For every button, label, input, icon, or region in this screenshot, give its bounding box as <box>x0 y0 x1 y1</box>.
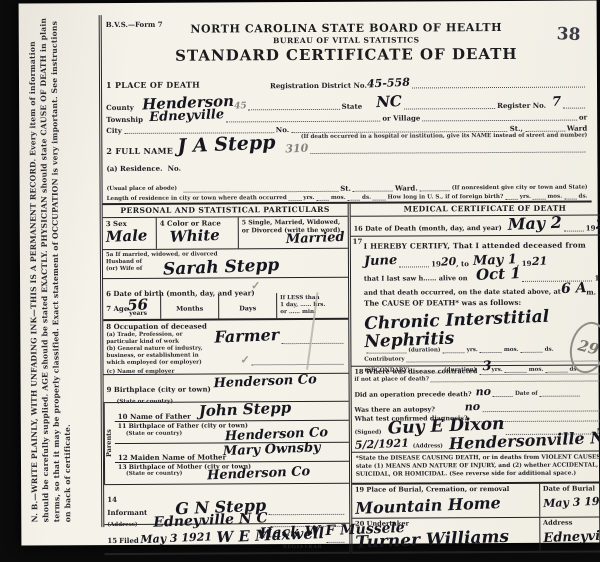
father-value: John Stepp <box>198 399 291 421</box>
occupation-b-check: ✓ <box>240 353 249 366</box>
occupation-a-value: Farmer <box>214 325 280 347</box>
residence-label: (a) Residence. <box>106 164 162 173</box>
city-no-label: No. <box>276 126 289 134</box>
state-value: NC <box>376 92 402 111</box>
village-or-suffix: or <box>579 113 587 121</box>
county-pencil-mark: 45 <box>234 101 247 111</box>
signature-date: 5/2/1921 <box>354 436 408 451</box>
physician-address-label: (Address) <box>413 443 443 450</box>
dob-pencil-check: ✓ <box>251 279 260 292</box>
mos-label: mos. <box>331 195 346 202</box>
informant-number: 14 <box>107 495 117 504</box>
death-time-value: 6 A <box>560 280 586 297</box>
certificate-form: B.V.S.—Form 7 38 NORTH CAROLINA STATE BO… <box>99 13 594 528</box>
yrs-label-2: yrs. <box>520 194 531 201</box>
age-years-label: years <box>129 310 147 317</box>
autopsy-label: Was there an autopsy? <box>355 406 435 414</box>
full-name-value: J A Stepp <box>177 132 276 158</box>
place-of-death-section: 1 PLACE OF DEATH Registration District N… <box>102 76 592 204</box>
dod-year-printed: 19 <box>586 224 596 232</box>
color-race-value: White <box>169 225 235 246</box>
state-label: State <box>342 102 363 110</box>
burial-date-cell: Date of Burial May 3 1921 <box>539 483 600 517</box>
length-of-residence-label: Length of residence in city or town wher… <box>107 195 287 203</box>
occupation-b-label: (b) General nature of industry, business… <box>106 345 216 367</box>
cause-footnote: *State the DISEASE CAUSING DEATH, or in … <box>352 452 600 485</box>
township-value: Edneyville <box>149 107 224 125</box>
mos-label-2: mos. <box>547 194 562 201</box>
certify-label: I HEREBY CERTIFY, That I attended deceas… <box>364 242 600 252</box>
hospital-note: (If death occurred in a hospital or inst… <box>301 133 587 141</box>
operation-value: no <box>475 385 491 399</box>
ds-label-2: ds. <box>579 194 588 201</box>
undertaker-address-label: Address <box>543 520 600 528</box>
register-no-label: Register No. <box>497 101 546 110</box>
certificate-title: STANDARD CERTIFICATE OF DEATH <box>102 45 591 66</box>
nonresident-note: (If nonresident give city or town and St… <box>452 185 588 193</box>
medical-header: MEDICAL CERTIFICATE OF DEATH <box>350 203 600 217</box>
age-label: 7 Age <box>106 304 128 313</box>
duration-ds: ds. <box>545 347 554 354</box>
death-time-m-label: m. <box>586 288 596 296</box>
margin-instruction-note: N. B.—WRITE PLAINLY, WITH UNFADING INK—T… <box>27 17 96 522</box>
father-name-row: 10 Name of Father John Stepp <box>115 402 349 422</box>
duration-mos: mos. <box>504 347 519 354</box>
burial-place-value: Mountain Home <box>355 491 537 517</box>
from-year-printed: 19 <box>431 260 441 268</box>
age-days-label: Days <box>239 304 256 312</box>
signed-label: (Signed) <box>355 430 382 437</box>
residence-st-label: St. <box>340 185 351 193</box>
to-label: , to <box>456 260 469 268</box>
ds-label: ds. <box>362 195 371 202</box>
abode-note: (Usual place of abode) <box>107 186 178 192</box>
birthplace-label: 9 Birthplace (city or town) <box>107 385 211 395</box>
medical-certificate-column: MEDICAL CERTIFICATE OF DEATH 16 Date of … <box>350 203 600 554</box>
full-name-pencil-mark: 310 <box>285 142 308 156</box>
occupation-a-label: (a) Trade, Profession, or particular kin… <box>106 331 202 345</box>
board-title: NORTH CAROLINA STATE BOARD OF HEALTH <box>102 13 591 37</box>
contributory-label: Contributory <box>364 356 404 363</box>
duration-yrs: yrs. <box>467 347 478 354</box>
or-village-label: or Village <box>382 114 420 123</box>
spouse-block: 5a If married, widowed, or divorced Husb… <box>103 249 348 279</box>
age-days-cell: Days <box>219 293 277 319</box>
dod-year-value: 21 <box>595 217 600 233</box>
date-of-operation-label: Date of <box>515 391 538 398</box>
parents-vertical-label: Parents <box>104 403 115 484</box>
form-header: B.V.S.—Form 7 38 NORTH CAROLINA STATE BO… <box>102 13 591 76</box>
mother-label: 12 Maiden Name of Mother <box>118 452 226 462</box>
filed-number: 15 <box>107 537 117 545</box>
mother-birthplace-row: 13 Birthplace of Mother (city or town) (… <box>115 462 349 485</box>
disease-contracted-block: 18 Where was disease contracted if not a… <box>351 366 600 453</box>
personal-particulars-column: PERSONAL AND STATISTICAL PARTICULARS 3 S… <box>103 204 353 555</box>
date-of-death-label: 16 Date of Death (month, day, and year) <box>354 225 502 234</box>
marital-cell: 5 Single, Married, Widowed, or Divorced … <box>239 217 348 248</box>
scanned-death-certificate: { "scan": { "stamp_number": "38", "botto… <box>0 0 600 562</box>
date-of-death-row: 16 Date of Death (month, day, and year) … <box>351 216 600 237</box>
father-label: 10 Name of Father <box>118 412 191 421</box>
county-label: County <box>106 104 134 113</box>
age-months-cell: Months <box>161 294 219 320</box>
spouse-value: Sarah Stepp <box>163 255 280 280</box>
informant-block: 14 Informant G N Stepp (Address) Edneyvi… <box>104 484 349 525</box>
registrar-label: REGISTRAR <box>283 544 323 550</box>
to-year-value: 21 <box>531 255 547 269</box>
last-saw-value: Oct 1 <box>475 264 520 284</box>
date-of-death-value: May 2 <box>507 213 562 234</box>
full-name-label: 2 FULL NAME <box>106 146 173 156</box>
death-occurred-label: and that death occurred, on the date sta… <box>364 289 561 298</box>
from-year-value: 20 <box>441 255 457 269</box>
autopsy-value: no <box>465 400 481 414</box>
certificate-stamp-number: 38 <box>557 24 582 45</box>
color-race-cell: 4 Color or Race White <box>157 218 239 249</box>
informant-label: Informant <box>107 509 147 518</box>
mother-name-row: 12 Maiden Name of Mother Mary Ownsby <box>115 443 349 463</box>
burial-date-value: May 3 1921 <box>543 494 600 510</box>
operation-label: Did an operation precede death? <box>354 391 471 399</box>
undertaker-address-value: Edneyville NC <box>543 528 600 546</box>
yrs-label: yrs. <box>303 195 314 202</box>
burial-place-cell: 19 Place of Burial, Cremation, or remova… <box>352 484 539 519</box>
birthplace-value: Henderson Co <box>213 373 317 392</box>
residence-no-label: No. <box>168 164 181 173</box>
registration-district-label: Registration District No. <box>270 81 367 90</box>
register-no-value: 7 <box>552 95 562 110</box>
foreign-birth-label: How long in U. S., if of foreign birth? <box>387 194 503 202</box>
dob-block: 6 Date of birth (month, day, and year) ✓ <box>103 278 348 294</box>
sex-value: Male <box>105 226 153 246</box>
undertaker-address-cell: Address Edneyville NC <box>539 518 600 551</box>
certificate-paper: N. B.—WRITE PLAINLY, WITH UNFADING INK—T… <box>19 0 600 545</box>
last-saw-year-printed: 192 <box>594 274 600 282</box>
certify-number: 17 <box>353 238 363 246</box>
attended-from-value: June <box>363 253 397 269</box>
personal-header: PERSONAL AND STATISTICAL PARTICULARS <box>103 204 348 218</box>
burial-date-label: Date of Burial <box>543 485 600 493</box>
age-cell: 7 Age 56 years <box>103 294 161 320</box>
mother-bp-value: Henderson Co <box>207 464 311 483</box>
birthplace-block: 9 Birthplace (city or town) Henderson Co… <box>104 374 349 403</box>
certify-block: 17 I HEREBY CERTIFY, That I attended dec… <box>351 236 600 367</box>
parents-block: Parents 10 Name of Father John Stepp 11 … <box>104 402 349 485</box>
registration-district-value: 45-558 <box>367 76 410 91</box>
mother-value: Mary Ownsby <box>223 440 321 459</box>
township-label: Township <box>106 115 143 124</box>
city-label: City <box>106 127 122 135</box>
filed-label: Filed <box>119 537 139 545</box>
residence-ward-label: Ward. <box>395 184 418 193</box>
place-of-death-label: 1 PLACE OF DEATH <box>106 81 200 91</box>
where-contracted-label2: if not at place of death? <box>354 377 429 384</box>
last-saw-label: that I last saw h…… alive on <box>364 275 468 283</box>
age-months-label: Months <box>176 305 203 313</box>
form-number: B.V.S.—Form 7 <box>106 21 163 30</box>
sex-cell: 3 Sex Male <box>103 218 157 249</box>
marital-value: Married <box>286 230 345 247</box>
